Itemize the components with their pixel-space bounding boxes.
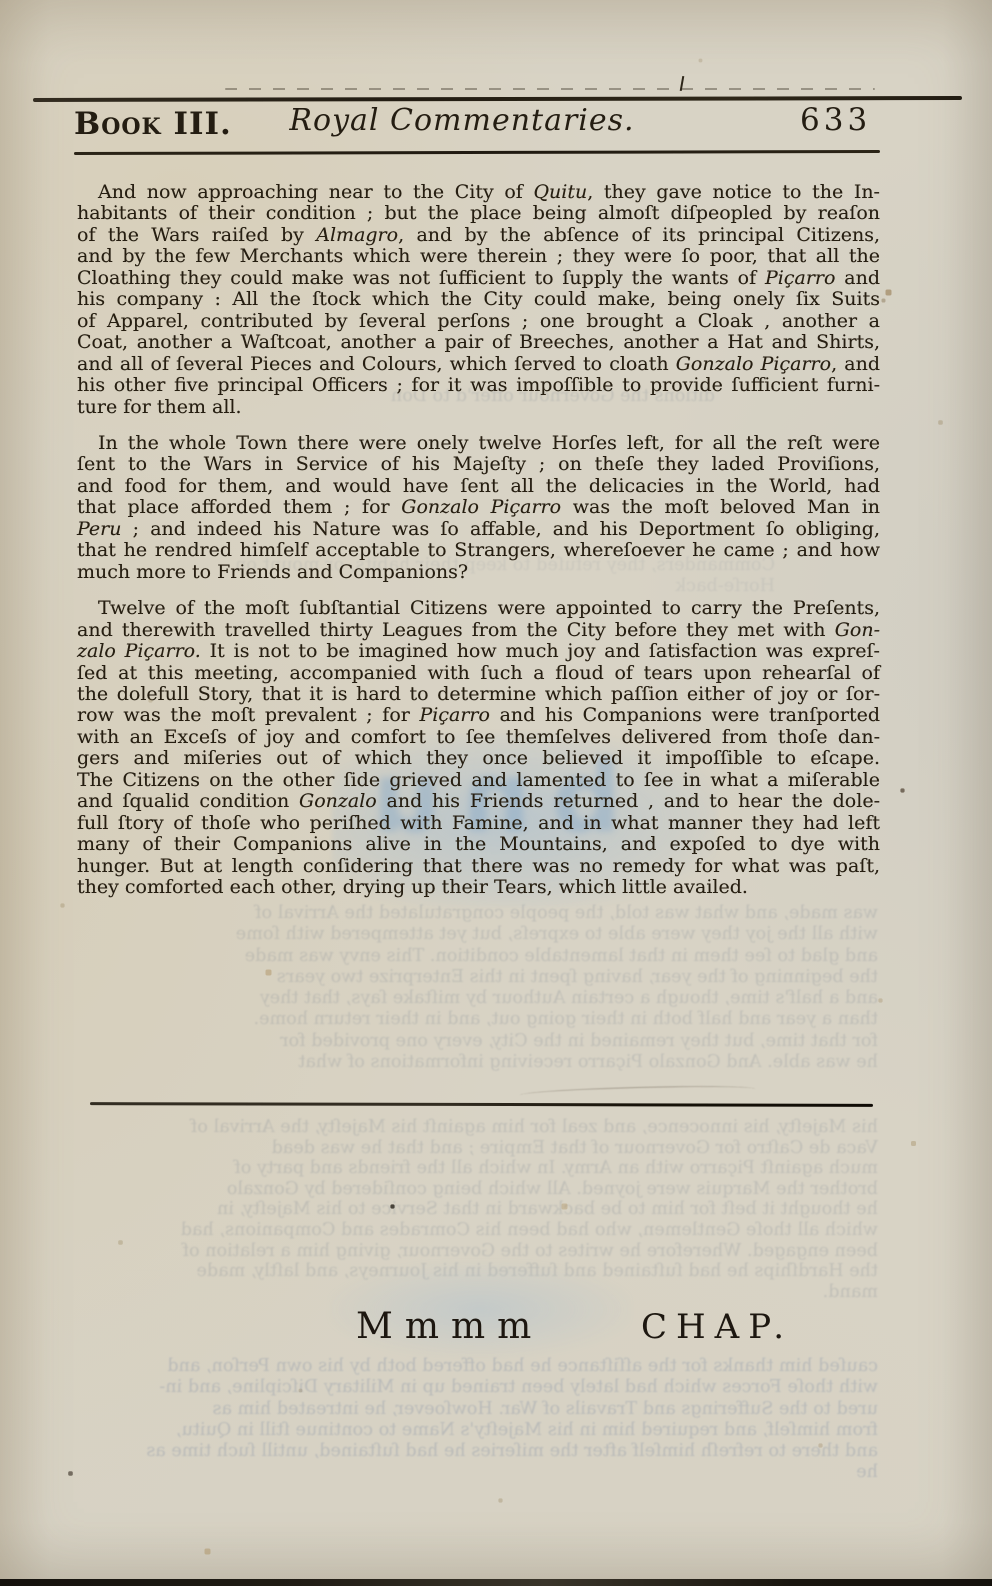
section-divider-rule [90, 1102, 873, 1107]
text-line: row was the moſt prevalent ; for Piçarro… [77, 705, 880, 726]
text-line: and by the few Merchants which were ther… [77, 246, 880, 267]
body-text: And now approaching near to the City of … [77, 182, 880, 899]
text-line: and therewith travelled thirty Leagues f… [77, 620, 880, 641]
header-rule-bottom [74, 150, 880, 155]
text-line: his company : All the ſtock which the Ci… [77, 289, 880, 310]
paragraph: And now approaching near to the City of … [77, 182, 880, 418]
text-line: of Apparel, contributed by ſeveral perſo… [77, 311, 880, 332]
bleed-through-text: was made, and what was told, the people … [78, 903, 878, 1073]
text-line: full ſtory of thoſe who periſhed with Fa… [77, 813, 880, 834]
text-line: that place afforded them ; for Gonzalo P… [77, 497, 880, 518]
text-line: and ſqualid condition Gonzalo and his Fr… [77, 791, 880, 812]
text-line: many of their Companions alive in the Mo… [77, 834, 880, 855]
text-line: Cloathing they could make was not ſuffic… [77, 268, 880, 289]
page-number: 633 [800, 102, 871, 138]
running-title: Royal Commentaries. [289, 103, 634, 138]
text-line: Peru ; and indeed his Nature was ſo affa… [77, 519, 880, 540]
text-line: Coat, another a Waſtcoat, another a pair… [77, 332, 880, 353]
text-line: of the Wars raiſed by Almagro, and by th… [77, 225, 880, 246]
text-line: ſent to the Wars in Service of his Majeſ… [77, 454, 880, 475]
text-line: his other five principal Officers ; for … [77, 375, 880, 396]
text-line: zalo Piçarro. It is not to be imagined h… [77, 641, 880, 662]
header-rule-top [33, 96, 962, 101]
faint-scribble [520, 1084, 755, 1100]
text-line: hunger. But at length conſidering that t… [77, 856, 880, 877]
text-line: In the whole Town there were onely twelv… [77, 433, 880, 454]
text-line: And now approaching near to the City of … [77, 182, 880, 203]
text-line: much more to Friends and Companions? [77, 562, 880, 583]
text-line: that he rendred himſelf acceptable to St… [77, 540, 880, 561]
scan-bottom-edge [0, 1579, 992, 1586]
text-line: ſed at this meeting, accompanied with ſu… [77, 663, 880, 684]
text-line: they comforted each other, drying up the… [77, 877, 880, 898]
book-number-label: Book III. [74, 106, 232, 142]
catchword: CHAP. [641, 1307, 793, 1347]
text-line: ture for them all. [77, 397, 880, 418]
foxing-specks [0, 0, 1, 1]
text-line: the dolefull Story, that it is hard to d… [77, 684, 880, 705]
signature-mark: Mmmm [356, 1306, 543, 1347]
header-rule-echo [225, 88, 875, 90]
paragraph: Twelve of the moſt ſubſtantial Citizens … [77, 598, 880, 898]
text-line: The Citizens on the other ſide grieved a… [77, 770, 880, 791]
book-page-scan: ditions the Governour offer'd to Don Com… [0, 0, 992, 1586]
text-line: gers and miſeries out of which they once… [77, 748, 880, 769]
bleed-through-text: cauſed him thanks for the aſſiſtance he … [78, 1356, 878, 1484]
text-line: and food for them, and would have ſent a… [77, 476, 880, 497]
text-line: habitants of their condition ; but the p… [77, 203, 880, 224]
text-line: and all of ſeveral Pieces and Colours, w… [77, 354, 880, 375]
text-line: Twelve of the moſt ſubſtantial Citizens … [77, 598, 880, 619]
paragraph: In the whole Town there were onely twelv… [77, 433, 880, 583]
text-line: with an Exceſs of joy and comfort to ſee… [77, 727, 880, 748]
